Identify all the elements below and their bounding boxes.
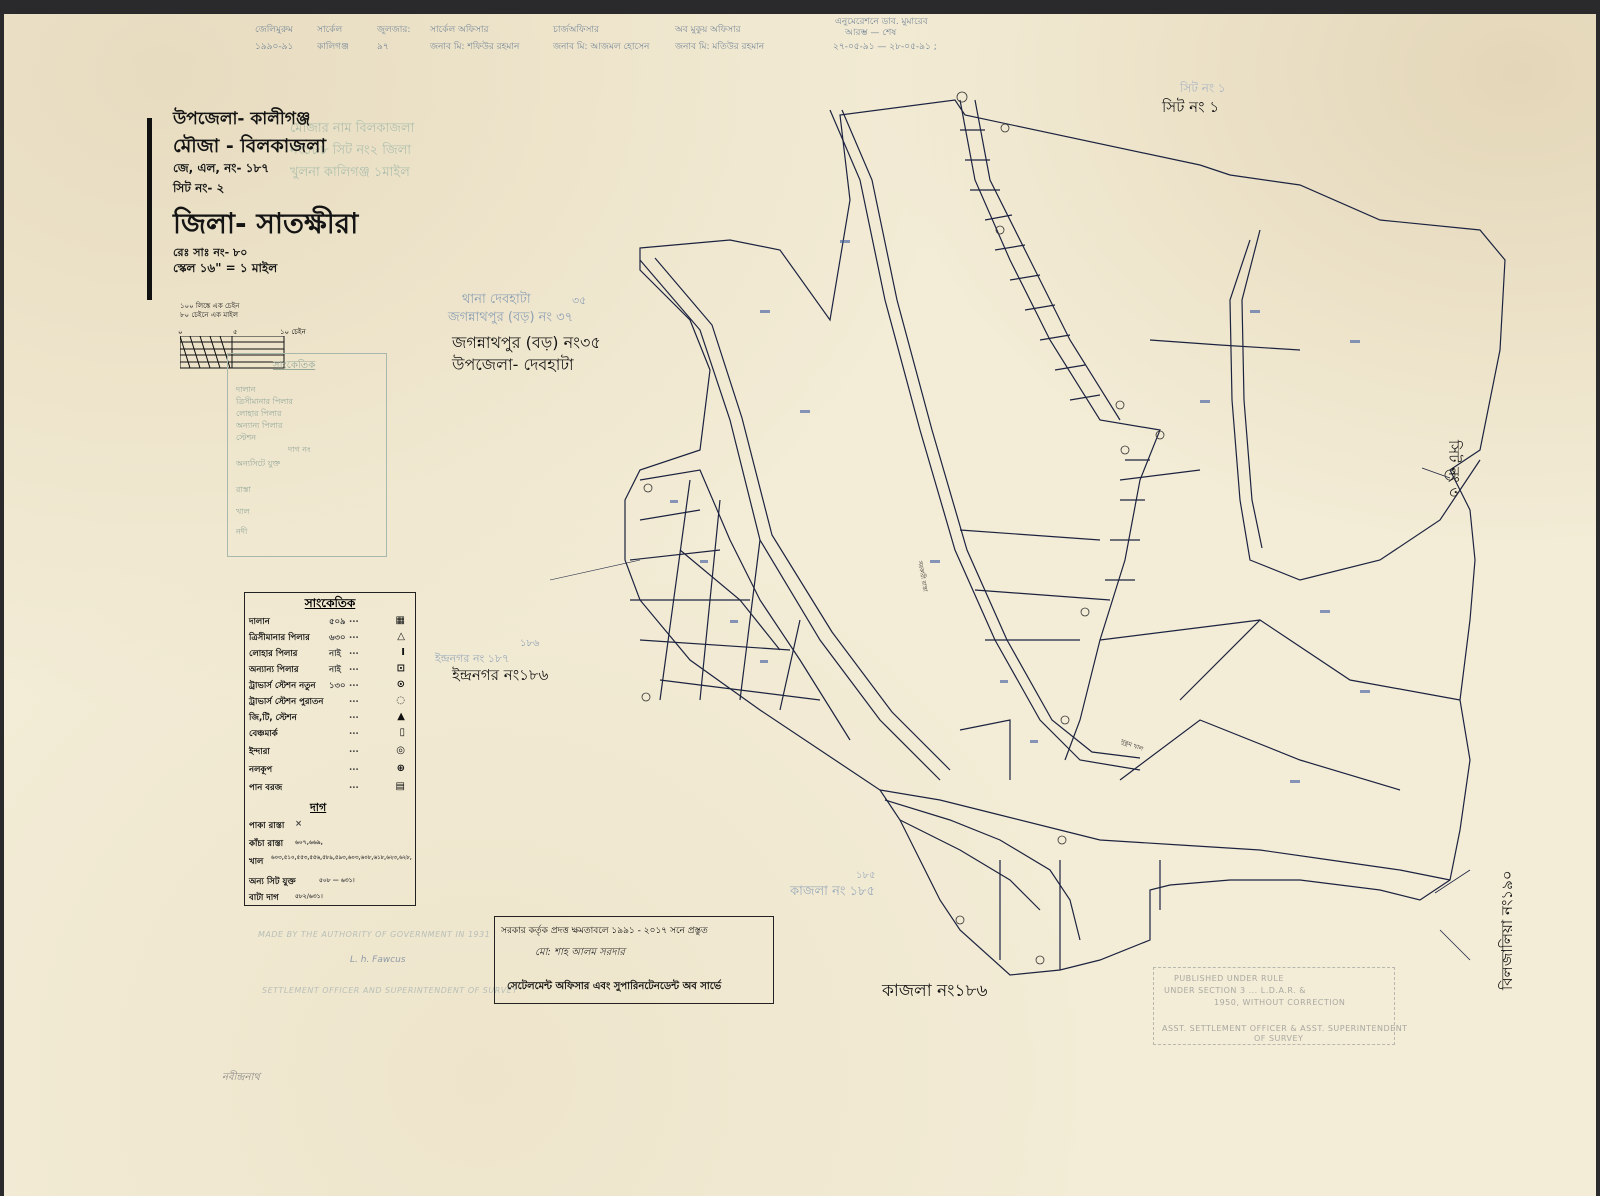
old-authority-officer: SETTLEMENT OFFICER AND SUPERINTENDENT OF… [262, 986, 518, 995]
stamp-line: PUBLISHED UNDER RULE [1174, 974, 1284, 983]
bottom-faded-label: কাজলা নং ১৮৫ [790, 882, 875, 903]
sheet-top-label: সিট নং ১ [1162, 96, 1219, 121]
authority-signature: মো: শাহ আলম সরদার [535, 945, 625, 962]
authority-line-1: সরকার কর্তৃক প্রদত্ত ক্ষমতাবলে ১৯৯১ - ২০… [501, 923, 708, 938]
bottom-kajla-label: কাজলা নং১৮৬ [882, 978, 988, 1006]
correction-stamp: PUBLISHED UNDER RULE UNDER SECTION 3 ...… [1153, 967, 1395, 1045]
stamp-officer: ASST. SETTLEMENT OFFICER & ASST. SUPERIN… [1162, 1024, 1408, 1033]
old-authority-made-by: MADE BY THE AUTHORITY OF GOVERNMENT IN 1… [258, 930, 490, 939]
stamp-line: 1950, WITHOUT CORRECTION [1214, 998, 1345, 1007]
stamp-officer-2: OF SURVEY [1254, 1034, 1303, 1043]
neighbor-faded-num: ৩৫ [572, 292, 586, 311]
sheet-right-label: সিট নং ৩ [1440, 440, 1465, 497]
authority-line-3: সেটেলমেন্ট অফিসার এবং সুপারিনটেনডেন্ট অব… [507, 979, 721, 996]
bottom-faded-num: ১৮৫ [856, 868, 875, 885]
authority-box: সরকার কর্তৃক প্রদত্ত ক্ষমতাবলে ১৯৯১ - ২০… [494, 916, 774, 1004]
neighbor-indranagar: ইন্দ্রনগর নং১৮৬ [452, 664, 548, 689]
right-biljalia-label: বিলজালিয়া নং১৯০ [1496, 870, 1521, 990]
bottom-left-signature: নবীন্দ্রনাথ [222, 1070, 260, 1087]
neighbor-faded-mouza: জগন্নাথপুর (বড়) নং ৩৭ [448, 308, 573, 329]
neighbor-jagannathpur-upazila: উপজেলা- দেবহাটা [452, 352, 574, 379]
old-authority-signature: L. h. Fawcus [350, 955, 406, 965]
neighbor-faded-indranagar-num: ১৮৬ [520, 636, 539, 653]
stamp-line: UNDER SECTION 3 ... L.D.A.R. & [1164, 986, 1306, 995]
